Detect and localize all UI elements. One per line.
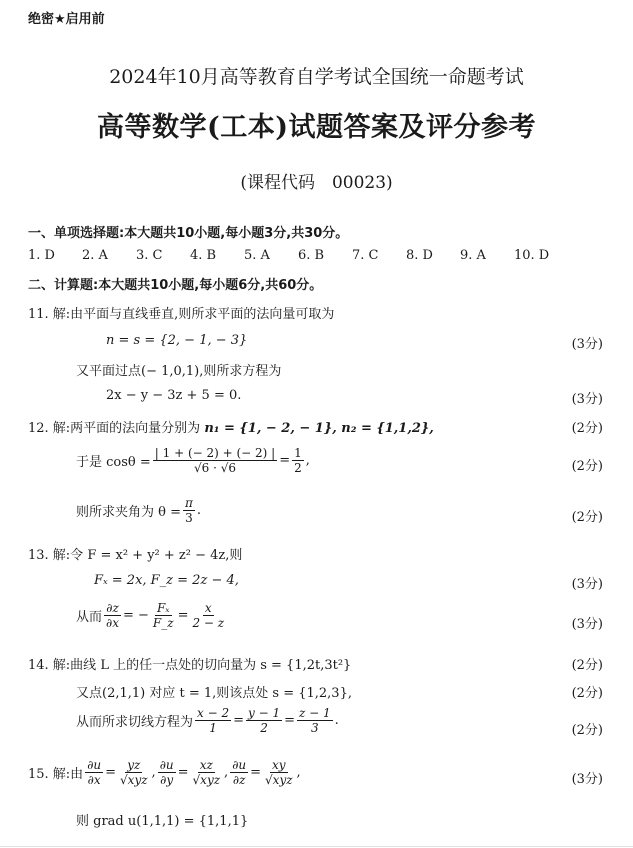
equals-sign: = (105, 765, 116, 780)
fraction-denominator: √xyz (118, 773, 150, 787)
q12-angle-prefix: 则所求夹角为 θ = (76, 501, 181, 520)
fraction-numerator: ∂u (158, 758, 176, 773)
q13-score-1: (3分) (572, 573, 603, 592)
fraction: x − 2 1 (195, 706, 231, 736)
answer-item: 1. D (28, 248, 82, 263)
q13-prefix: 从而 (76, 606, 102, 625)
q14-prefix: 从而所求切线方程为 (76, 711, 193, 730)
q15-prefix: 15. 解:由 (28, 763, 83, 782)
q12-score-2: (2分) (572, 455, 603, 474)
fraction: xz√xyz (191, 758, 223, 788)
punctuation: , (297, 765, 301, 780)
q14-tangent-line: 从而所求切线方程为 x − 2 1 = y − 1 2 = z − 1 3 . (76, 706, 339, 736)
answer-item: 8. D (406, 248, 460, 263)
fraction-numerator: π (183, 496, 195, 511)
q14-line-1: 14. 解:曲线 L 上的任一点处的切向量为 s = {1,2t,3t²} (28, 654, 351, 673)
fraction-denominator: F_z (151, 616, 176, 630)
q11-score-2: (3分) (572, 388, 603, 407)
fraction-denominator: 2 − z (190, 616, 226, 630)
q12-angle-fraction: π 3 (183, 496, 195, 526)
section-2-heading: 二、计算题:本大题共10小题,每小题6分,共60分。 (28, 274, 322, 293)
q12-line-1-text: 12. 解:两平面的法向量分别为 (28, 421, 200, 436)
equals-sign: = (178, 765, 189, 780)
fraction: ∂z ∂x (104, 601, 121, 631)
exam-title: 2024年10月高等教育自学考试全国统一命题考试 (0, 62, 633, 89)
fraction-denominator: √xyz (191, 773, 223, 787)
answer-item: 10. D (514, 248, 568, 263)
q14-score-3: (2分) (572, 719, 603, 738)
fraction: yz√xyz (118, 758, 150, 788)
fraction-denominator: ∂z (231, 773, 248, 787)
q14-line-2: 又点(2,1,1) 对应 t = 1,则该点处 s = {1,2,3}, (76, 682, 352, 701)
equals-sign: = (279, 453, 290, 468)
q13-score-2: (3分) (572, 613, 603, 632)
fraction-numerator: ∂z (104, 601, 121, 616)
section-1-heading: 一、单项选择题:本大题共10小题,每小题3分,共30分。 (28, 222, 348, 241)
q13-derivative-formula: 从而 ∂z ∂x = − Fₓ F_z = x 2 − z (76, 601, 228, 631)
q12-cos-prefix: 于是 cosθ = (76, 451, 151, 470)
answer-item: 9. A (460, 248, 514, 263)
fraction-denominator: 3 (183, 511, 195, 525)
q12-cosine-formula: 于是 cosθ = | 1 + (− 2) + (− 2) | √6 · √6 … (76, 446, 310, 476)
course-code: (课程代码 00023) (0, 168, 633, 193)
fraction-denominator: √6 · √6 (192, 461, 238, 475)
fraction: x 2 − z (190, 601, 226, 631)
multiple-choice-answers: 1. D 2. A 3. C 4. B 5. A 6. B 7. C 8. D … (28, 248, 568, 263)
fraction-denominator: ∂x (104, 616, 121, 630)
fraction-numerator: x (203, 601, 214, 616)
fraction-denominator: 2 (292, 461, 304, 475)
answer-item: 5. A (244, 248, 298, 263)
fraction-numerator: y − 1 (246, 706, 282, 721)
q13-line-1: 13. 解:令 F = x² + y² + z² − 4z,则 (28, 544, 242, 563)
fraction-numerator: z − 1 (297, 706, 333, 721)
q11-line-1: 11. 解:由平面与直线垂直,则所求平面的法向量可取为 (28, 303, 334, 322)
punctuation: , (224, 765, 228, 780)
answer-item: 6. B (298, 248, 352, 263)
fraction-numerator: | 1 + (− 2) + (− 2) | (153, 446, 277, 461)
fraction-numerator: yz (125, 758, 142, 773)
q14-score-2: (2分) (572, 682, 603, 701)
q12-result-fraction: 1 2 (292, 446, 304, 476)
q11-normal-vector: n = s = {2, − 1, − 3} (106, 333, 247, 348)
q12-normal-vectors: n₁ = {1, − 2, − 1}, n₂ = {1,1,2}, (204, 421, 433, 436)
equals-sign: = (233, 713, 244, 728)
fraction: ∂u∂z (230, 758, 248, 788)
page-bottom-border (0, 846, 633, 847)
fraction-denominator: 1 (207, 721, 219, 735)
punctuation: , (306, 453, 310, 468)
q12-angle-result: 则所求夹角为 θ = π 3 . (76, 496, 201, 526)
q15-score-1: (3分) (572, 768, 603, 787)
equals-sign: = (250, 765, 261, 780)
q12-score-3: (2分) (572, 506, 603, 525)
fraction-denominator: √xyz (263, 773, 295, 787)
fraction-denominator: ∂x (86, 773, 103, 787)
equals-sign: = (178, 608, 189, 623)
document-title: 高等数学(工本)试题答案及评分参考 (0, 105, 633, 144)
equals-sign: = − (123, 608, 149, 623)
q12-cos-fraction: | 1 + (− 2) + (− 2) | √6 · √6 (153, 446, 277, 476)
answer-item: 4. B (190, 248, 244, 263)
fraction-numerator: x − 2 (195, 706, 231, 721)
fraction: ∂u∂x (85, 758, 103, 788)
fraction: z − 1 3 (297, 706, 333, 736)
q14-score-1: (2分) (572, 654, 603, 673)
fraction-numerator: ∂u (230, 758, 248, 773)
q15-gradient: 则 grad u(1,1,1) = {1,1,1} (76, 810, 248, 829)
answer-item: 3. C (136, 248, 190, 263)
fraction-numerator: xy (270, 758, 288, 773)
q11-plane-equation: 2x − y − 3z + 5 = 0. (106, 388, 241, 403)
fraction-numerator: xz (198, 758, 215, 773)
fraction-numerator: Fₓ (155, 601, 172, 616)
confidential-mark: 绝密★启用前 (28, 8, 105, 27)
answer-item: 7. C (352, 248, 406, 263)
equals-sign: = (284, 713, 295, 728)
q11-line-3: 又平面过点(− 1,0,1),则所求方程为 (76, 360, 281, 379)
q12-line-1: 12. 解:两平面的法向量分别为 n₁ = {1, − 2, − 1}, n₂ … (28, 417, 434, 436)
fraction-numerator: ∂u (85, 758, 103, 773)
q11-score-1: (3分) (572, 333, 603, 352)
punctuation: . (335, 713, 339, 728)
fraction-numerator: 1 (292, 446, 304, 461)
fraction: ∂u∂y (158, 758, 176, 788)
fraction-denominator: 3 (309, 721, 321, 735)
punctuation: . (197, 503, 201, 518)
punctuation: , (152, 765, 156, 780)
q13-partials: Fₓ = 2x, F_z = 2z − 4, (94, 573, 239, 588)
answer-item: 2. A (82, 248, 136, 263)
fraction: y − 1 2 (246, 706, 282, 736)
fraction: xy√xyz (263, 758, 295, 788)
q15-partials: 15. 解:由 ∂u∂x = yz√xyz , ∂u∂y = xz√xyz , … (28, 758, 301, 788)
fraction-denominator: ∂y (158, 773, 175, 787)
fraction-denominator: 2 (258, 721, 270, 735)
fraction: Fₓ F_z (151, 601, 176, 631)
q12-score-1: (2分) (572, 417, 603, 436)
